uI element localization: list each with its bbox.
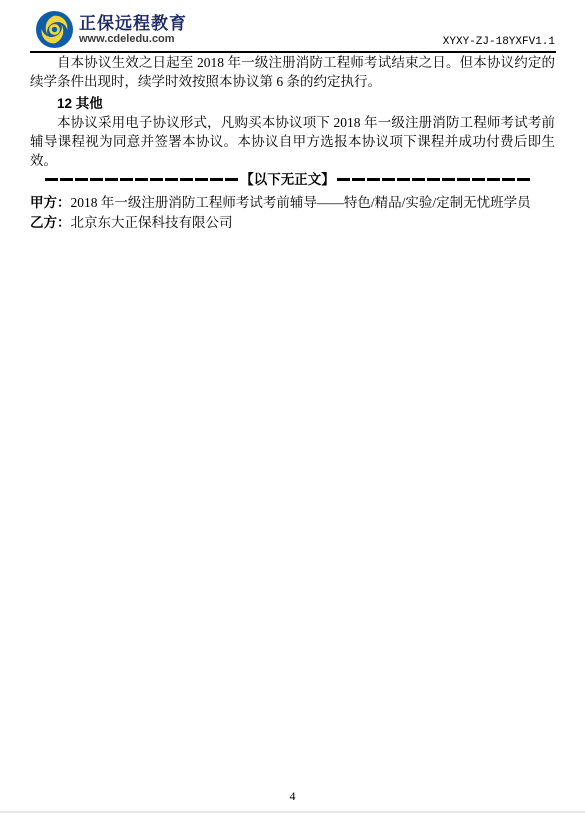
party-b-value: 北京东大正保科技有限公司: [71, 215, 233, 230]
party-b-row: 乙方：北京东大正保科技有限公司: [30, 213, 555, 233]
party-a-label: 甲方：: [30, 195, 71, 210]
document-page: 正保远程教育 www.cdeledu.com XYXY-ZJ-18YXFV1.1…: [0, 0, 585, 813]
brand-text-block: 正保远程教育 www.cdeledu.com: [79, 14, 187, 46]
page-number: 4: [0, 788, 585, 804]
party-b-label: 乙方：: [30, 215, 71, 230]
party-a-value: 2018 年一级注册消防工程师考试考前辅导——特色/精品/实验/定制无忧班学员: [71, 195, 531, 210]
no-more-text-divider: 【以下无正文】: [45, 171, 530, 188]
brand-url: www.cdeledu.com: [79, 33, 187, 46]
paragraph-term: 自本协议生效之日起至 2018 年一级注册消防工程师考试结束之日。但本协议约定的…: [30, 53, 555, 91]
party-a-row: 甲方：2018 年一级注册消防工程师考试考前辅导——特色/精品/实验/定制无忧班…: [30, 193, 555, 213]
document-body: 自本协议生效之日起至 2018 年一级注册消防工程师考试结束之日。但本协议约定的…: [30, 53, 555, 233]
document-code: XYXY-ZJ-18YXFV1.1: [443, 36, 555, 48]
divider-dash-right: [337, 178, 530, 181]
divider-dash-left: [45, 178, 238, 181]
section-heading: 12 其他: [30, 94, 555, 113]
paragraph-agreement: 本协议采用电子协议形式，凡购买本协议项下 2018 年一级注册消防工程师考试考前…: [30, 113, 555, 170]
cdel-logo: 正保远程教育 www.cdeledu.com: [36, 11, 187, 48]
brand-name: 正保远程教育: [79, 14, 187, 33]
parties-block: 甲方：2018 年一级注册消防工程师考试考前辅导——特色/精品/实验/定制无忧班…: [30, 193, 555, 233]
swirl-logo-icon: [36, 11, 73, 48]
divider-label: 【以下无正文】: [238, 170, 337, 189]
